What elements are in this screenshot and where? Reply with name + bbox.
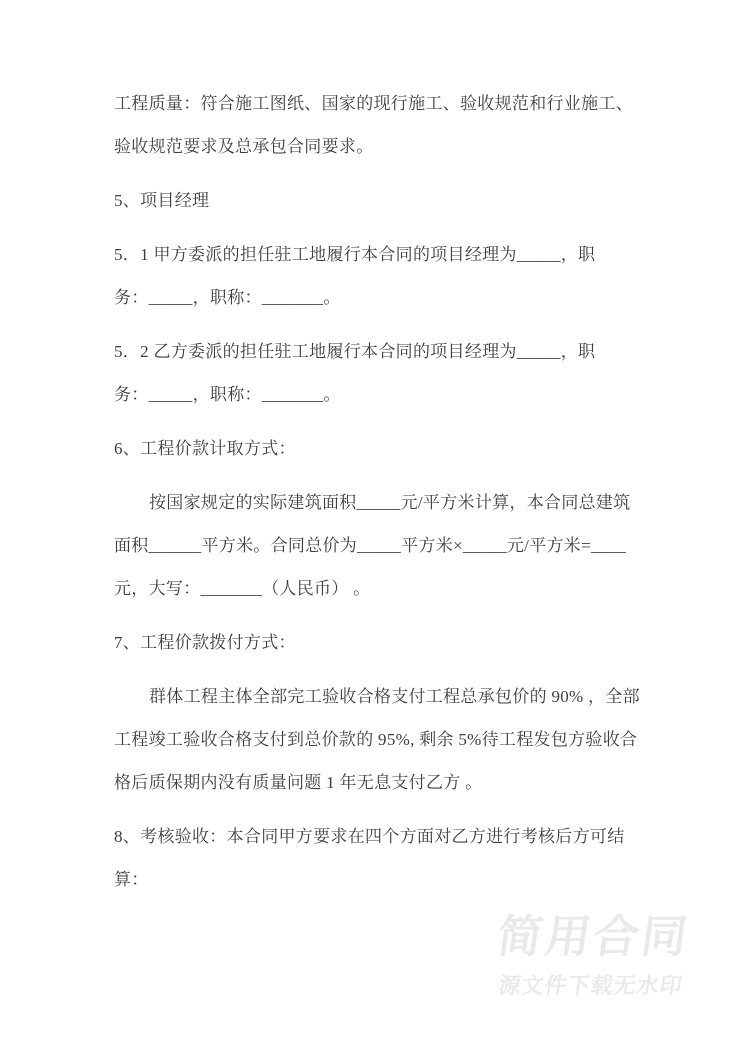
section-heading-text: 7、工程价款拨付方式： xyxy=(114,621,654,664)
paragraph-clause-7-body: 群体工程主体全部完工验收合格支付工程总承包价的 90% ，全部 工程竣工验收合格… xyxy=(114,675,654,804)
section-6-heading: 6、工程价款计取方式： xyxy=(114,427,654,470)
section-5-heading: 5、项目经理 xyxy=(114,179,654,222)
section-heading-text: 6、工程价款计取方式： xyxy=(114,427,654,470)
text-line: 算： xyxy=(114,858,654,901)
paragraph-clause-6-body: 按国家规定的实际建筑面积_____元/平方米计算，本合同总建筑 面积______… xyxy=(114,481,654,610)
text-line: 格后质保期内没有质量问题 1 年无息支付乙方 。 xyxy=(114,761,654,804)
paragraph-clause-5-1: 5．1 甲方委派的担任驻工地履行本合同的项目经理为_____，职 务：_____… xyxy=(114,233,654,319)
text-line: 5．1 甲方委派的担任驻工地履行本合同的项目经理为_____，职 xyxy=(114,233,654,276)
text-line: 群体工程主体全部完工验收合格支付工程总承包价的 90% ，全部 xyxy=(114,675,654,718)
text-line: 8、考核验收：本合同甲方要求在四个方面对乙方进行考核后方可结 xyxy=(114,815,654,858)
text-line: 按国家规定的实际建筑面积_____元/平方米计算，本合同总建筑 xyxy=(114,481,654,524)
text-line: 元，大写：_______（人民币） 。 xyxy=(114,567,654,610)
text-line: 工程质量：符合施工图纸、国家的现行施工、验收规范和行业施工、 xyxy=(114,82,654,125)
paragraph-clause-5-2: 5．2 乙方委派的担任驻工地履行本合同的项目经理为_____，职 务：_____… xyxy=(114,330,654,416)
text-line: 务：_____，职称：_______。 xyxy=(114,276,654,319)
text-line: 工程竣工验收合格支付到总价款的 95%, 剩余 5%待工程发包方验收合 xyxy=(114,718,654,761)
text-line: 面积______平方米。合同总价为_____平方米×_____元/平方米=___… xyxy=(114,524,654,567)
paragraph-clause-8: 8、考核验收：本合同甲方要求在四个方面对乙方进行考核后方可结 算： xyxy=(114,815,654,901)
watermark: 简用合同 源文件下载无水印 xyxy=(489,912,693,1000)
section-heading-text: 5、项目经理 xyxy=(114,179,654,222)
section-7-heading: 7、工程价款拨付方式： xyxy=(114,621,654,664)
contract-document-page: 工程质量：符合施工图纸、国家的现行施工、验收规范和行业施工、 验收规范要求及总承… xyxy=(0,0,742,1049)
contract-body: 工程质量：符合施工图纸、国家的现行施工、验收规范和行业施工、 验收规范要求及总承… xyxy=(114,82,654,912)
watermark-brand-text: 简用合同 xyxy=(494,912,693,962)
paragraph-quality-clause: 工程质量：符合施工图纸、国家的现行施工、验收规范和行业施工、 验收规范要求及总承… xyxy=(114,82,654,168)
watermark-subtitle-text: 源文件下载无水印 xyxy=(489,968,685,999)
text-line: 务：_____，职称：_______。 xyxy=(114,373,654,416)
text-line: 验收规范要求及总承包合同要求。 xyxy=(114,125,654,168)
text-line: 5．2 乙方委派的担任驻工地履行本合同的项目经理为_____，职 xyxy=(114,330,654,373)
